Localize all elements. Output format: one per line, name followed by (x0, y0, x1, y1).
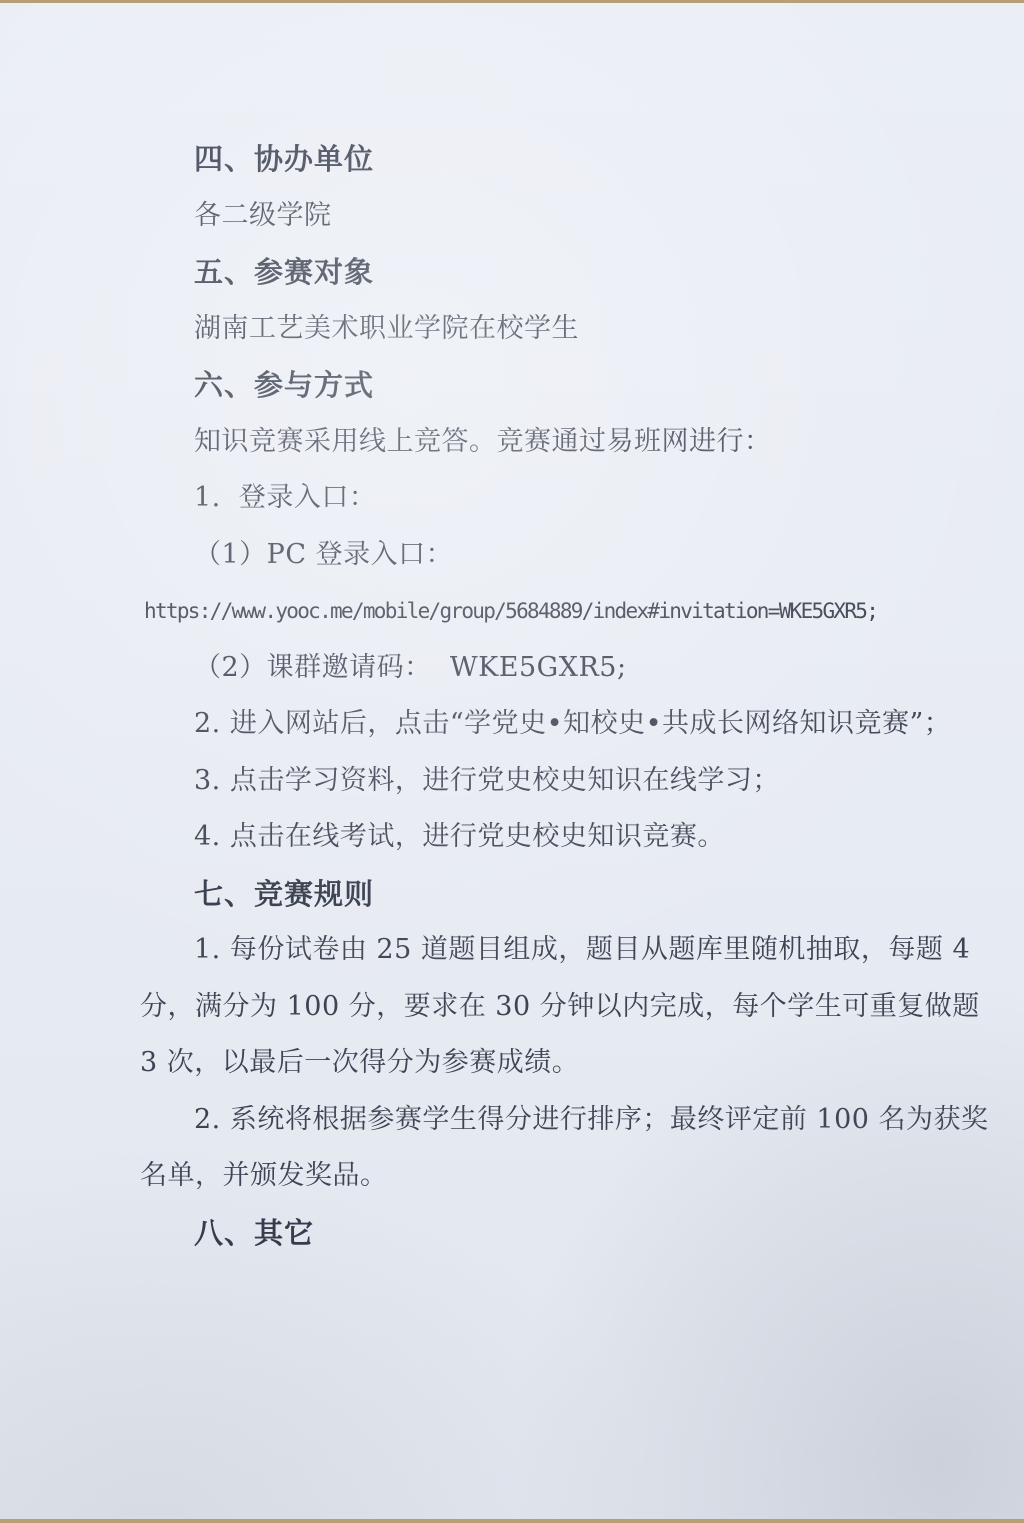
heading-co-organizers: 四、协办单位 (0, 131, 1024, 188)
line-step-4: 4. 点击在线考试，进行党史校史知识竞赛。 (0, 809, 1024, 866)
line-co-organizer-value: 各二级学院 (0, 188, 1024, 245)
line-participants-value: 湖南工艺美术职业学院在校学生 (0, 301, 1024, 358)
line-invitation-code: （2）课群邀请码： WKE5GXR5; (0, 640, 1024, 697)
document-body: 四、协办单位 各二级学院 五、参赛对象 湖南工艺美术职业学院在校学生 六、参与方… (0, 3, 1024, 1261)
line-rule-2a: 2. 系统将根据参赛学生得分进行排序；最终评定前 100 名为获奖 (0, 1092, 1024, 1149)
line-step-2: 2. 进入网站后，点击“学党史•知校史•共成长网络知识竞赛”； (0, 696, 1024, 753)
heading-participation-method: 六、参与方式 (0, 357, 1024, 414)
paper-page: 四、协办单位 各二级学院 五、参赛对象 湖南工艺美术职业学院在校学生 六、参与方… (0, 3, 1024, 1519)
line-rule-1c: 3 次，以最后一次得分为参赛成绩。 (0, 1035, 1024, 1092)
heading-other: 八、其它 (0, 1205, 1024, 1262)
line-step-3: 3. 点击学习资料，进行党史校史知识在线学习； (0, 753, 1024, 810)
heading-competition-rules: 七、竞赛规则 (0, 866, 1024, 923)
line-pc-login-entry: （1）PC 登录入口： (0, 527, 1024, 584)
line-rule-1a: 1. 每份试卷由 25 道题目组成，题目从题库里随机抽取，每题 4 (0, 922, 1024, 979)
line-method-intro: 知识竞赛采用线上竞答。竞赛通过易班网进行： (0, 414, 1024, 471)
heading-participants: 五、参赛对象 (0, 244, 1024, 301)
line-rule-1b: 分，满分为 100 分，要求在 30 分钟以内完成，每个学生可重复做题 (0, 979, 1024, 1036)
line-login-url: https://www.yooc.me/mobile/group/5684889… (0, 583, 1024, 640)
line-rule-2b: 名单，并颁发奖品。 (0, 1148, 1024, 1205)
line-login-entry: 1. 登录入口： (0, 470, 1024, 527)
